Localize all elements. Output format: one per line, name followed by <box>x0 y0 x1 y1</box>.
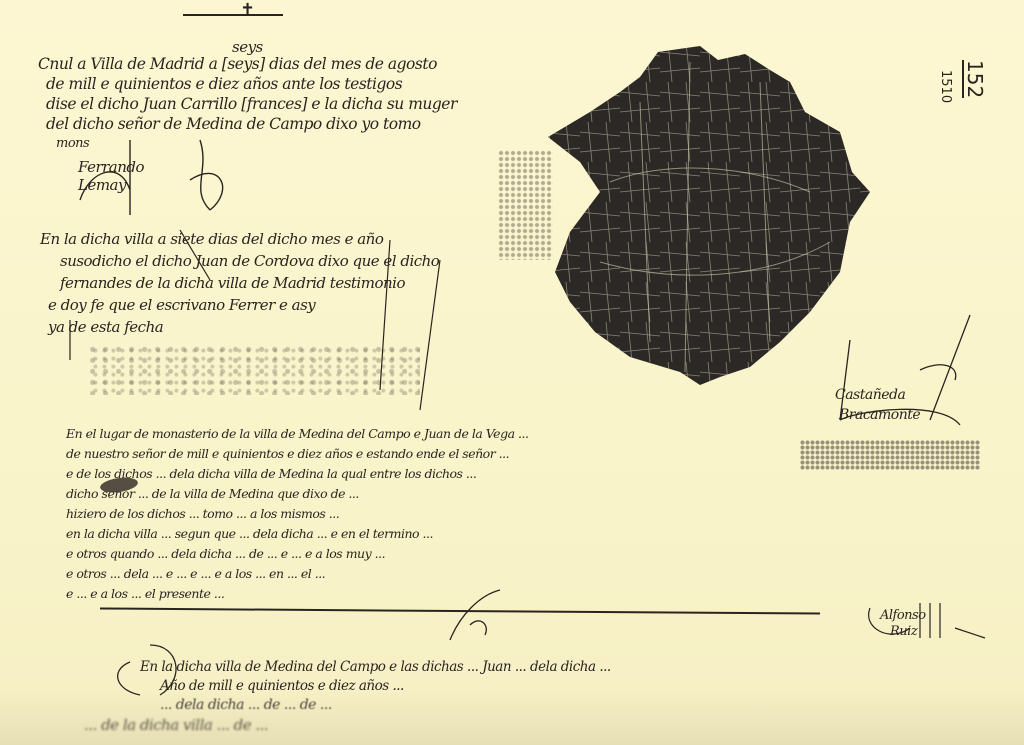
signature-flourish-icon <box>820 310 1000 440</box>
ink-speckle-area <box>90 345 420 395</box>
scan-shadow <box>0 690 1024 745</box>
seal-smudge <box>498 150 553 260</box>
main-body-line: hiziero de los dichos ... tomo ... a los… <box>66 504 528 524</box>
entry-1-line: de mill e quinientos e diez años ante lo… <box>38 74 457 94</box>
flourish-mark-icon <box>440 585 510 645</box>
cross-mark-icon: ✝ <box>240 0 255 21</box>
main-body-line: en la dicha villa ... segun que ... dela… <box>66 524 528 544</box>
signature-flourish-icon <box>860 598 990 648</box>
year-note: 1510 <box>938 70 953 103</box>
main-body-line: En el lugar de monasterio de la villa de… <box>66 424 528 444</box>
main-body-smudge <box>800 440 980 470</box>
header-rule <box>183 14 283 16</box>
main-body-line: de nuestro señor de mill e quinientos e … <box>66 444 528 464</box>
signature-flourish-icon <box>60 130 260 220</box>
main-body-line: dicho senor ... de la villa de Medina qu… <box>66 484 528 504</box>
main-body-line: e otros quando ... dela dicha ... de ...… <box>66 544 528 564</box>
folio-number: 152 <box>962 60 985 98</box>
main-body-text: En el lugar de monasterio de la villa de… <box>66 424 528 604</box>
main-body-line: e otros ... dela ... e ... e ... e a los… <box>66 564 528 584</box>
manuscript-page: ✝ seys Cnul a Villa de Madrid a [seys] d… <box>0 0 1024 745</box>
entry-1-line: Cnul a Villa de Madrid a [seys] dias del… <box>38 54 457 74</box>
entry-1-line: dise el dicho Juan Carrillo [frances] e … <box>38 94 457 114</box>
